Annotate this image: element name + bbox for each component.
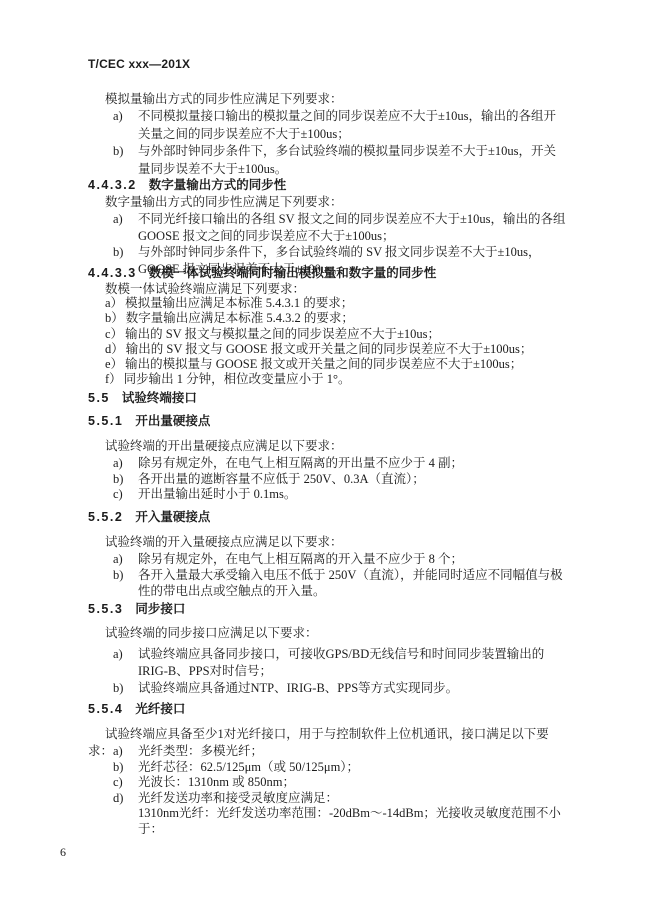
document-page: T/CEC xxx—201X 模拟量输出方式的同步性应满足下列要求： a) 不同…: [0, 0, 650, 919]
list-text: 试验终端应具备同步接口，可接收GPS/BD无线信号和时间同步装置输出的IRIG-…: [138, 647, 544, 678]
section-heading-5-5-1: 5.5.1开出量硬接点: [88, 413, 566, 430]
section-heading-5-5-4: 5.5.4光纤接口: [88, 701, 566, 718]
list-analog-sync: a) 不同模拟量接口输出的模拟量之间的同步误差应不大于±10us，输出的各组开关…: [88, 108, 566, 178]
list-marker: a): [113, 211, 123, 228]
list-text: 不同光纤接口输出的各组 SV 报文之间的同步误差应不大于±10us，输出的各组 …: [138, 212, 565, 243]
list-marker: a）: [105, 296, 125, 310]
list-marker: d): [113, 791, 123, 807]
section-number: 5.5.3: [88, 602, 123, 616]
list-text: 光纤类型：多模光纤；: [138, 744, 263, 758]
list-item: a) 不同模拟量接口输出的模拟量之间的同步误差应不大于±10us，输出的各组开关…: [88, 108, 566, 143]
section-number: 5.5.1: [88, 414, 123, 428]
list-item: b) 与外部时钟同步条件下，多台试验终端的模拟量同步误差不大于±10us，开关量…: [88, 143, 566, 178]
list-text: 同步输出 1 分钟，相位改变量应小于 1°。: [124, 372, 351, 386]
list-item: c) 光波长：1310nm 或 850nm；: [88, 775, 566, 791]
list-text: 1310nm光纤：光纤发送功率范围：-20dBm～-14dBm；光接收灵敏度范围…: [138, 806, 561, 836]
list-input-contact: a) 除另有规定外，在电气上相互隔离的开入量不应少于 8 个； b) 各开入量最…: [88, 551, 566, 599]
list-item: a) 除另有规定外，在电气上相互隔离的开入量不应少于 8 个；: [88, 551, 566, 567]
list-item: b) 各开入量最大承受输入电压不低于 250V（直流），并能同时适应不同幅值与极…: [88, 567, 566, 599]
list-item: b) 试验终端应具备通过NTP、IRIG-B、PPS等方式实现同步。: [88, 680, 566, 697]
list-marker: b）: [105, 311, 126, 325]
list-marker: b): [113, 760, 123, 776]
list-item: b）数字量输出应满足本标准 5.4.3.2 的要求；: [88, 311, 566, 326]
section-number: 4.4.3.3: [88, 266, 137, 280]
list-item: a) 不同光纤接口输出的各组 SV 报文之间的同步误差应不大于±10us，输出的…: [88, 211, 566, 244]
section-title: 开出量硬接点: [135, 414, 210, 428]
list-marker: e）: [105, 357, 125, 371]
list-marker: d）: [105, 342, 126, 356]
list-item: f）同步输出 1 分钟，相位改变量应小于 1°。: [88, 372, 566, 387]
section-title: 开入量硬接点: [135, 510, 210, 524]
list-item: c) 开出量输出延时小于 0.1ms。: [88, 487, 566, 503]
section-title: 光纤接口: [135, 702, 185, 716]
list-text: 模拟量输出应满足本标准 5.4.3.1 的要求；: [125, 296, 353, 310]
section-number: 5.5: [88, 391, 110, 405]
list-marker: a): [113, 551, 123, 567]
section-title: 试验终端接口: [122, 391, 197, 405]
section-number: 5.5.4: [88, 702, 123, 716]
section-title: 数字量输出方式的同步性: [149, 178, 287, 192]
list-item-continuation: 1310nm光纤：光纤发送功率范围：-20dBm～-14dBm；光接收灵敏度范围…: [88, 806, 566, 837]
list-item: a) 除另有规定外，在电气上相互隔离的开出量不应少于 4 副；: [88, 456, 566, 472]
list-marker: c): [113, 775, 123, 791]
list-fiber-interface: a) 光纤类型：多模光纤； b) 光纤芯径：62.5/125μm（或 50/12…: [88, 744, 566, 837]
list-text: 光纤发送功率和接受灵敏度应满足：: [138, 791, 338, 805]
list-text: 光波长：1310nm 或 850nm；: [138, 775, 295, 789]
list-marker: a): [113, 108, 123, 126]
list-marker: b): [113, 680, 123, 697]
list-item: b) 各开出量的遮断容量不应低于 250V、0.3A（直流）；: [88, 472, 566, 488]
list-sync-interface: a) 试验终端应具备同步接口，可接收GPS/BD无线信号和时间同步装置输出的IR…: [88, 646, 566, 697]
section-number: 4.4.3.2: [88, 178, 137, 192]
list-text: 除另有规定外，在电气上相互隔离的开出量不应少于 4 副；: [138, 456, 463, 470]
list-item: e）输出的模拟量与 GOOSE 报文或开关量之间的同步误差应不大于±100us；: [88, 357, 566, 372]
list-marker: a): [113, 646, 123, 663]
list-text: 数字量输出应满足本标准 5.4.3.2 的要求；: [126, 311, 354, 325]
section-title: 同步接口: [135, 602, 185, 616]
section-number: 5.5.2: [88, 510, 123, 524]
list-marker: a): [113, 456, 123, 472]
list-text: 输出的模拟量与 GOOSE 报文或开关量之间的同步误差应不大于±100us；: [125, 357, 522, 371]
paragraph-digital-sync: 数字量输出方式的同步性应满足下列要求：: [88, 194, 566, 211]
section-heading-4-4-3-3: 4.4.3.3数模一体试验终端同时输出模拟量和数字量的同步性: [88, 265, 566, 282]
list-text: 光纤芯径：62.5/125μm（或 50/125μm）；: [138, 760, 359, 774]
paragraph-analog-sync: 模拟量输出方式的同步性应满足下列要求：: [88, 91, 566, 108]
list-marker: a): [113, 744, 123, 760]
section-heading-4-4-3-2: 4.4.3.2数字量输出方式的同步性: [88, 177, 566, 194]
list-text: 各开入量最大承受输入电压不低于 250V（直流），并能同时适应不同幅值与极性的带…: [138, 568, 563, 598]
list-text: 除另有规定外，在电气上相互隔离的开入量不应少于 8 个；: [138, 552, 463, 566]
list-item: a）模拟量输出应满足本标准 5.4.3.1 的要求；: [88, 296, 566, 311]
list-marker: c）: [105, 327, 125, 341]
list-marker: f）: [105, 372, 124, 386]
list-text: 不同模拟量接口输出的模拟量之间的同步误差应不大于±10us，输出的各组开关量之间…: [138, 109, 556, 141]
list-marker: b): [113, 244, 123, 261]
section-heading-5-5-2: 5.5.2开入量硬接点: [88, 509, 566, 526]
list-text: 试验终端应具备通过NTP、IRIG-B、PPS等方式实现同步。: [138, 681, 458, 695]
list-marker: b): [113, 472, 123, 488]
list-text: 与外部时钟同步条件下，多台试验终端的模拟量同步误差不大于±10us，开关量同步误…: [138, 144, 556, 176]
list-item: a) 试验终端应具备同步接口，可接收GPS/BD无线信号和时间同步装置输出的IR…: [88, 646, 566, 680]
paragraph-output-contact: 试验终端的开出量硬接点应满足以下要求：: [88, 438, 566, 455]
section-heading-5-5-3: 5.5.3同步接口: [88, 601, 566, 618]
paragraph-input-contact: 试验终端的开入量硬接点应满足以下要求：: [88, 534, 566, 551]
page-number: 6: [60, 845, 66, 860]
list-marker: b): [113, 567, 123, 583]
list-item: b) 光纤芯径：62.5/125μm（或 50/125μm）；: [88, 760, 566, 776]
paragraph-sync-interface: 试验终端的同步接口应满足以下要求：: [88, 625, 566, 642]
list-text: 开出量输出延时小于 0.1ms。: [138, 487, 296, 501]
list-marker: c): [113, 487, 123, 503]
list-item: d）输出的 SV 报文与 GOOSE 报文或开关量之间的同步误差应不大于±100…: [88, 342, 566, 357]
list-item: d) 光纤发送功率和接受灵敏度应满足：: [88, 791, 566, 807]
list-text: 输出的 SV 报文与 GOOSE 报文或开关量之间的同步误差应不大于±100us…: [126, 342, 533, 356]
list-text: 各开出量的遮断容量不应低于 250V、0.3A（直流）；: [138, 472, 425, 486]
standard-code-header: T/CEC xxx—201X: [88, 57, 190, 71]
list-item: c）输出的 SV 报文与模拟量之间的同步误差应不大于±10us；: [88, 327, 566, 342]
list-text: 输出的 SV 报文与模拟量之间的同步误差应不大于±10us；: [125, 327, 440, 341]
list-item: a) 光纤类型：多模光纤；: [88, 744, 566, 760]
list-marker: b): [113, 143, 123, 161]
list-output-contact: a) 除另有规定外，在电气上相互隔离的开出量不应少于 4 副； b) 各开出量的…: [88, 456, 566, 503]
section-heading-5-5: 5.5试验终端接口: [88, 390, 566, 407]
section-title: 数模一体试验终端同时输出模拟量和数字量的同步性: [149, 266, 437, 280]
list-combined-sync: a）模拟量输出应满足本标准 5.4.3.1 的要求； b）数字量输出应满足本标准…: [88, 296, 566, 388]
